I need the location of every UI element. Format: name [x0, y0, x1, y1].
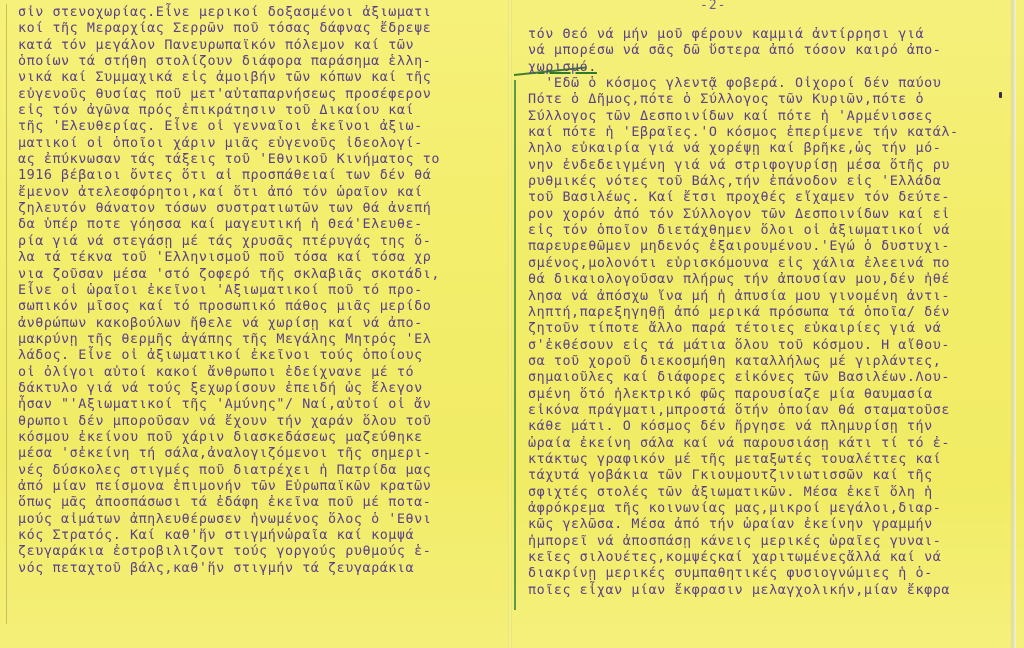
- text-line: καί πότε ἡ 'Εβραῖες.'Ο κόσμος ἐπερίμενε …: [528, 125, 959, 141]
- text-line: σ'ἐκθέσουν εἰς τά μάτια ὅλου τοῦ κόσμου.…: [528, 338, 959, 354]
- text-line: ληπτή,παρεξηγηθῇ ἀπό μερικά πρόσωπα τά ὁ…: [528, 305, 959, 321]
- text-line: σα τοῦ χοροῦ διεκοσμήθη καταλλήλως μέ γι…: [528, 354, 959, 370]
- text-line: εἰκόνα πράγματι,μπροστά ὅτήν ὁποίαν θά σ…: [528, 403, 959, 419]
- text-line: κός Στρατός. Καί καθ'ἥν στιγμήνὡραῖα καί…: [18, 528, 440, 544]
- text-line: σἰν στενοχωρίας.Εἶνε μερικοί δοξασμένοι …: [18, 5, 440, 21]
- text-line: νικά καί Συμμαχικά εἰς ἀμοιβήν τῶν κόπων…: [18, 70, 440, 86]
- text-line: σμένος,μολονότι εὑρισκόμουνα εἰς χάλια ἐ…: [528, 256, 959, 272]
- text-line: εὐγενοῦς θυσίας ποῦ μετ'αὐταπαρνήσεως πρ…: [18, 87, 440, 103]
- text-line: μούς αἱμάτων ἀπηλευθέρωσεν ἡνωμένος ὅλος…: [18, 512, 440, 528]
- text-line: διακρίνῃ μερικές συμπαθητικές φυσιογνώμι…: [528, 566, 959, 582]
- text-line: ἀπό μίαν πείσμονα ἐπιμονήν τῶν Εὐρωπαϊκῶ…: [18, 479, 440, 495]
- text-line: ἠμπορεῖ νά ἀποσπάσῃ κάνεις μερικές ὡραῖε…: [528, 534, 959, 550]
- text-line: ας ἐπύκνωσαν τάς τάξεις τοῦ 'Εθνικοῦ Κιν…: [18, 152, 440, 168]
- text-line: σφιχτές στολές τῶν ἀξιωματικῶν. Μέσα ἐκε…: [528, 485, 959, 501]
- text-line: ἀφρόκρεμα τῆς κοινωνίας μας,μικροί μεγάλ…: [528, 501, 959, 517]
- text-line: κόσμου ἐκείνου ποῦ χάριν διασκεδάσεως μα…: [18, 430, 440, 446]
- text-line: ζευγαράκια ἐστροβιλιζοντ τούς γοργούς ρυ…: [18, 544, 440, 560]
- text-line: τῆς 'Ελευθερίας. Εἶνε οἱ γενναῖοι ἐκεῖνο…: [18, 119, 440, 135]
- text-line: ποῖες εἶχαν μίαν ἔκφρασιν μελαγχολικήν,μ…: [528, 583, 959, 599]
- page-number: -2-: [700, 0, 726, 14]
- ink-blot: [999, 92, 1002, 98]
- text-line: δα ὑπέρ ποτε γόησσα καί μαγευτική ἡ Θεά'…: [18, 217, 440, 233]
- text-line: οἱ ὀλίγοι αὐτοί κακοί ἄνθρωποι ἐδείχνανε…: [18, 365, 440, 381]
- text-line: ρία γιά νά στεγάσῃ μέ τάς χρυσᾶς πτέρυγά…: [18, 234, 440, 250]
- text-line: νά μπορέσω νά σᾶς δῶ ὕστερα ἀπό τόσον κα…: [528, 43, 959, 59]
- text-line: ληλο εὐκαιρία γιά νά χορέψῃ καί βρῆκε,ὡς…: [528, 141, 959, 157]
- left-margin-line: [6, 4, 7, 624]
- text-line: ἀνθρώπων κακοβούλων ἤθελε νά χωρίσῃ καί …: [18, 316, 440, 332]
- text-line: τόν Θεό νά μήν μοῦ φέρουν καμμιά ἀντίρρη…: [528, 27, 959, 43]
- text-line: ζητοῦν τίποτε ἄλλο παρά τέτοιες εὐκαιρίε…: [528, 321, 959, 337]
- text-line: εἰς τόν ἀγῶνα πρός ἐπικράτησιν τοῦ Δικαί…: [18, 103, 440, 119]
- text-line: μέσα 'σἐκείνη τή σάλα,ἀναλογιζόμενοι τῆς…: [18, 446, 440, 462]
- text-line: εἰς τόν ὁποῖον διετάχθημεν ὅλοι οἱ ἀξιωμ…: [528, 223, 959, 239]
- text-line: τοῦ Βασιλέως. Καί ἔτσι προχθές εἴχαμεν τ…: [528, 190, 959, 206]
- text-line: ὅπως μᾶς ἀποσπάσωσι τά ἐδάφη ἐκεῖνα ποῦ …: [18, 495, 440, 511]
- text-line: ἦσαν "'Αξιωματικοί τῆς 'Αμύνης"/ Ναί,αὐτ…: [18, 397, 440, 413]
- text-line: λάδος. Εἶνε οἱ ἀξιωματικοί ἐκεῖνοι τούς …: [18, 348, 440, 364]
- text-line: θά δικαιολογοῦσαν πλήρως τήν ἀπουσίαν μο…: [528, 272, 959, 288]
- text-line: ρον χορόν ἀπό τόν Σύλλογον τῶν Δεσποινίδ…: [528, 207, 959, 223]
- text-line: παρευρεθῶμεν μηδενός ἐξαιρουμένου.'Εγώ ὁ…: [528, 239, 959, 255]
- text-line: μακρύνῃ τῆς θερμῆς ἀγάπης τῆς Μεγάλης Μη…: [18, 332, 440, 348]
- text-line: 1916 βέβαιοι ὄντες ὅτι αἱ προσπάθειαί τω…: [18, 168, 440, 184]
- text-line: θρωποι δέν μποροῦσαν νά ἔχουν τήν χαράν …: [18, 414, 440, 430]
- text-line: νός πεταχτοῦ βάλς,καθ'ἥν στιγμήν τά ζευγ…: [18, 561, 440, 577]
- text-line: Σύλλογος τῶν Δεσποινίδων καί πότε ἡ 'Αρμ…: [528, 109, 959, 125]
- text-line: 'Εδῶ ὁ κόσμος γλεντᾷ φοβερά. Οἱχοροί δέν…: [528, 76, 959, 92]
- text-line: σωπικόν μῖσος καί τό προσωπικό πάθος μιᾶ…: [18, 299, 440, 315]
- green-pen-bracket-side: [514, 80, 516, 610]
- text-line: τάχυτά γοβάκια τῶν Γκιουμουτζινιωτισσῶν …: [528, 468, 959, 484]
- text-line: ματικοί οἱ ὁποῖοι χάριν μιᾶς εὐγενοῦς ἰδ…: [18, 136, 440, 152]
- text-line: δάκτυλο γιά νά τούς ξεχωρίσουν ἐπειδή ὡς…: [18, 381, 440, 397]
- page-fold: [508, 0, 512, 648]
- text-line: ρυθμικές νότες τοῦ Βάλς,τήν ἐπάνοδον εἰς…: [528, 174, 959, 190]
- paper-edge: [1010, 0, 1016, 648]
- text-line: χωρισμό.: [528, 60, 959, 76]
- text-line: νην ἐνδεδειγμένη γιά νά στριφογυρίσῃ μέσ…: [528, 158, 959, 174]
- left-page-text: σἰν στενοχωρίας.Εἶνε μερικοί δοξασμένοι …: [18, 5, 440, 577]
- text-line: κῶς γελῶσα. Μέσα ἀπό τήν ὡραίαν ἐκείνην …: [528, 517, 959, 533]
- text-line: ὡραία ἐκείνη σάλα καί νά παρουσιάσῃ κάτι…: [528, 436, 959, 452]
- text-line: Πότε ὁ Δῆμος,πότε ὁ Σύλλογος τῶν Κυριῶν,…: [528, 92, 959, 108]
- text-line: κεῖες σιλουέτες,κομψέςκαί χαριτωμένεςἄλλ…: [528, 550, 959, 566]
- text-line: νια ζοῦσαν μέσα 'στό ζοφερό τῆς σκλαβιᾶς…: [18, 267, 440, 283]
- text-line: λησα νά ἀπόσχω ἵνα μή ἡ ἀπυσία μου γινομ…: [528, 289, 959, 305]
- right-page: -2- τόν Θεό νά μήν μοῦ φέρουν καμμιά ἀντ…: [510, 0, 1024, 648]
- text-line: σμένη ὅτό ἠλεκτρικό φῶς παρουσίαζε μία θ…: [528, 387, 959, 403]
- text-line: νές δύσκολες στιγμές ποῦ διατρέχει ἡ Πατ…: [18, 463, 440, 479]
- text-line: κτάκτως γραφικόν μέ τῆς μεταξωτές τουαλέ…: [528, 452, 959, 468]
- text-line: ὁποίων τά στήθη στολίζουν διάφορα παράση…: [18, 54, 440, 70]
- left-page: σἰν στενοχωρίας.Εἶνε μερικοί δοξασμένοι …: [0, 0, 510, 648]
- text-line: σημαιοῦλες καί διάφορες εἰκόνες τῶν Βασι…: [528, 370, 959, 386]
- right-page-text: τόν Θεό νά μήν μοῦ φέρουν καμμιά ἀντίρρη…: [528, 27, 959, 599]
- text-line: Εἶνε οἱ ὡραῖοι ἐκεῖνοι 'Αξιωματικοί ποῦ …: [18, 283, 440, 299]
- text-line: κάθε μάτι. Ο κόσμος δέν ἤργησε νά πλημυρ…: [528, 419, 959, 435]
- text-line: ἔμενον ἀτελεσφόρητοι,καί ὅτι ἀπό τόν ὡρα…: [18, 185, 440, 201]
- text-line: κοί τῆς Μεραρχίας Σερρῶν ποῦ τόσας δάφνα…: [18, 21, 440, 37]
- text-line: λα τά τέκνα τοῦ 'Ελληνισμοῦ ποῦ τόσα καί…: [18, 250, 440, 266]
- text-line: ζηλευτόν θάνατον τόσων συστρατιωτῶν των …: [18, 201, 440, 217]
- text-line: κατά τόν μεγάλον Πανευρωπαϊκόν πόλεμον κ…: [18, 38, 440, 54]
